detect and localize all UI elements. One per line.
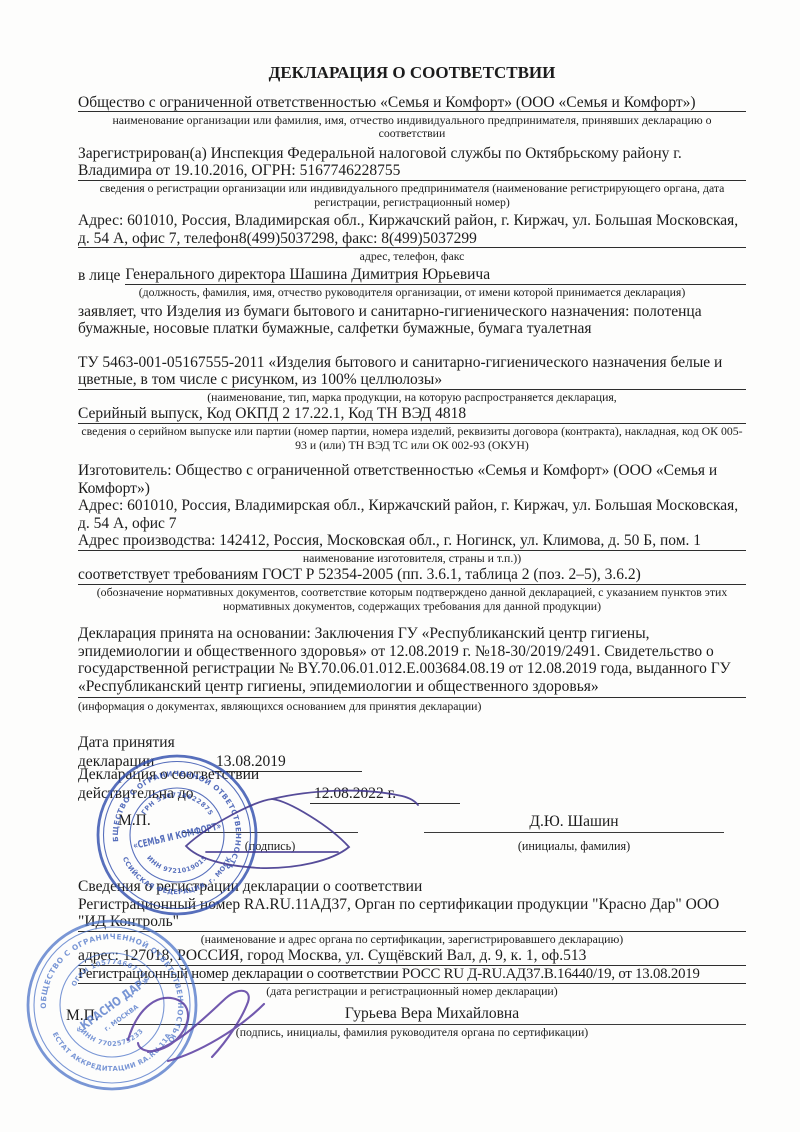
declarant-name-line: Общество с ограниченной ответственностью… <box>78 94 746 113</box>
registration-body-caption: (наименование и адрес органа по сертифик… <box>78 933 746 947</box>
serial-line: Серийный выпуск, Код ОКПД 2 17.22.1, Код… <box>78 405 746 424</box>
basis-rule <box>78 696 746 698</box>
manufacturer-name-line: Изготовитель: Общество с ограниченной от… <box>78 462 746 497</box>
company-stamp-inn: ИНН 9721019015 <box>145 854 209 875</box>
serial-caption: сведения о серийном выпуске или партии (… <box>78 425 746 452</box>
valid-until-label: Декларация о соответствии действительна … <box>78 765 310 803</box>
basis-text: Декларация принята на основании: Заключе… <box>78 625 731 695</box>
svg-text:ИНН 9721019015: ИНН 9721019015 <box>145 854 209 875</box>
tu-line: ТУ 5463-001-05167555-2011 «Изделия бытов… <box>78 354 746 390</box>
declarant-head-row: в лице Генерального директора Шашина Дим… <box>78 266 746 285</box>
declarant-registration-caption: сведения о регистрации организации или и… <box>78 182 746 209</box>
tu-caption: (наименование, тип, марка продукции, на … <box>78 391 746 405</box>
basis-paragraph: Декларация принята на основании: Заключе… <box>78 625 746 695</box>
declarant-address-line: Адрес: 601010, Россия, Владимирская обл.… <box>78 212 746 248</box>
standards-caption: (обозначение нормативных документов, соо… <box>78 586 746 613</box>
initials-caption: (инициалы, фамилия) <box>424 839 724 854</box>
valid-until-value: 12.08.2022 г. <box>310 784 460 804</box>
declarant-address-caption: адрес, телефон, факс <box>78 250 746 264</box>
head-name-line: Генерального директора Шашина Димитрия Ю… <box>125 266 746 285</box>
registration-body-line: Регистрационный номер RA.RU.11АД37, Орга… <box>78 896 746 932</box>
director-initials: Д.Ю. Шашин <box>424 812 724 833</box>
valid-until-row: Декларация о соответствии действительна … <box>78 765 746 804</box>
registration-number-caption: (дата регистрации и регистрационный номе… <box>78 985 746 999</box>
certifier-sign-row: М.П. Гурьева Вера Михайловна <box>78 1004 746 1025</box>
director-signature-line <box>182 812 358 833</box>
basis-caption: (информация о документах, являющихся осн… <box>78 700 746 714</box>
declares-line: заявляет, что Изделия из бумаги бытового… <box>78 303 746 338</box>
document-body: ДЕКЛАРАЦИЯ О СООТВЕТСТВИИ Общество с огр… <box>78 64 746 716</box>
declaration-document: ДЕКЛАРАЦИЯ О СООТВЕТСТВИИ Общество с огр… <box>0 0 800 1132</box>
declarant-name-caption: наименование организации или фамилия, им… <box>78 114 746 141</box>
registration-number-line: Регистрационный номер декларации о соотв… <box>78 966 746 985</box>
certifier-sign-caption: (подпись, инициалы, фамилия руководителя… <box>78 1026 746 1040</box>
head-caption: (должность, фамилия, имя, отчество руков… <box>78 286 746 300</box>
registration-section-title: Сведения о регистрации декларации о соот… <box>78 878 746 896</box>
head-prefix: в лице <box>78 267 120 285</box>
registration-section: Сведения о регистрации декларации о соот… <box>78 878 746 1043</box>
signature-caption: (подпись) <box>182 839 358 854</box>
seal-place-label: М.П. <box>118 812 151 830</box>
seal-place-label-2: М.П. <box>66 1006 118 1025</box>
page-title: ДЕКЛАРАЦИЯ О СООТВЕТСТВИИ <box>78 64 746 82</box>
certifier-head-name: Гурьева Вера Михайловна <box>118 1004 746 1025</box>
production-address-line: Адрес производства: 142412, Россия, Моск… <box>78 532 746 551</box>
declarant-registration-line: Зарегистрирован(а) Инспекция Федеральной… <box>78 145 746 181</box>
manufacturer-caption: наименование изготовителя, страны и т.п.… <box>78 552 746 566</box>
manufacturer-address-line: Адрес: 601010, Россия, Владимирская обл.… <box>78 497 746 532</box>
certifier-address-line: адрес: 127018, РОССИЯ, город Москва, ул.… <box>78 947 746 966</box>
standards-line: соответствует требованиям ГОСТ Р 52354-2… <box>78 566 746 585</box>
